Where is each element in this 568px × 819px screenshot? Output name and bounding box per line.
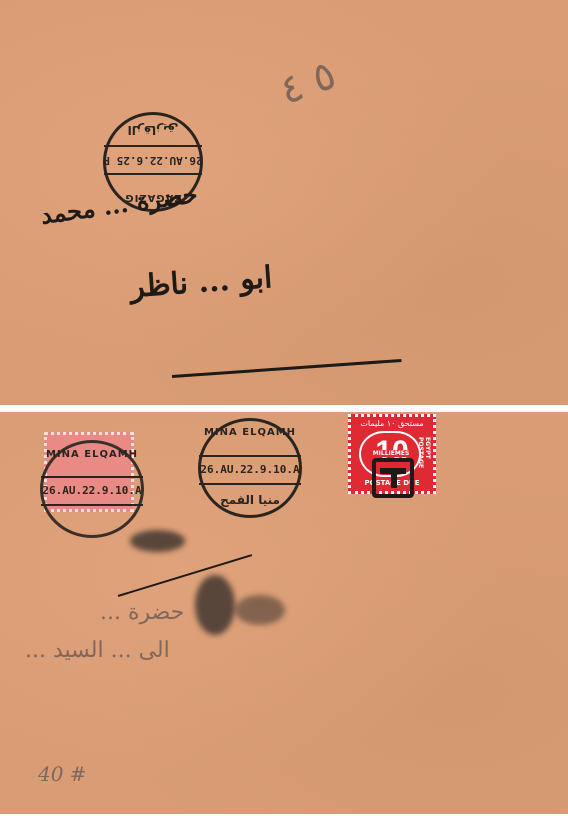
postmark-arabic: منيا القمح xyxy=(201,493,299,507)
pencil-note-1: حضرة ... xyxy=(100,600,184,625)
pencil-note-2: الى ... السيد ... xyxy=(25,638,170,663)
stamp-denomination: MILLIEMES xyxy=(369,450,413,457)
postmark-arabic: الزقازيق xyxy=(106,123,200,137)
ink-blot xyxy=(130,530,185,552)
postmark-town: MINA ELQAMH xyxy=(201,427,299,438)
underline-stroke xyxy=(172,359,402,378)
stamp-arabic-top: مستحق ١٠ مليمات xyxy=(351,419,433,428)
pencil-scribble: ٥ ٤ xyxy=(274,52,342,114)
tax-t-mark xyxy=(372,458,414,498)
postmark-center: MINA ELQAMH 26.AU.22.9.10.A منيا القمح xyxy=(198,418,302,518)
postmark-date: 26.AU.22.9.10.A xyxy=(41,476,143,506)
ink-blot xyxy=(235,595,285,625)
pencil-price: 40 # xyxy=(38,762,87,786)
postmark-date: 26.AU.22.9.10.A xyxy=(199,455,301,485)
envelope-back: ZAGAZIG 26.AU.22.6.25 P الزقازيق ٥ ٤ حضر… xyxy=(0,0,568,405)
ink-blot xyxy=(195,575,235,635)
postmark-town: MINA ELQAMH xyxy=(43,449,141,460)
postmark-left: MINA ELQAMH 26.AU.22.9.10.A xyxy=(40,440,144,538)
postmark-date: 26.AU.22.6.25 P xyxy=(104,145,202,175)
address-line-2: ابو ... ناظر xyxy=(129,260,273,305)
